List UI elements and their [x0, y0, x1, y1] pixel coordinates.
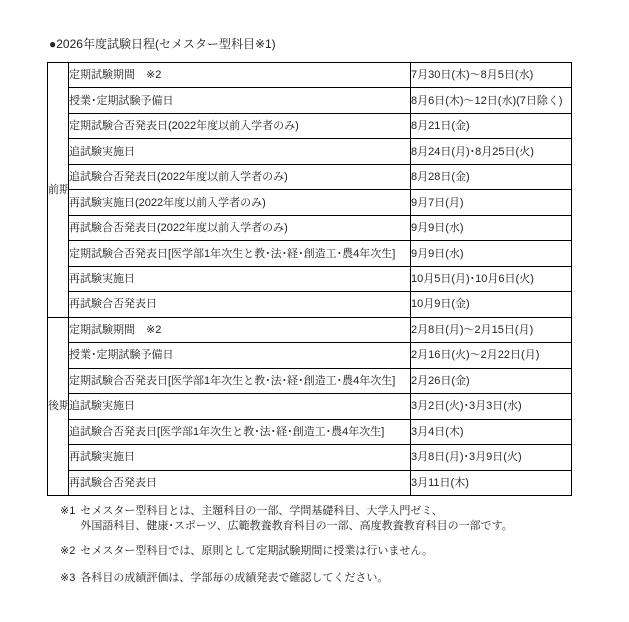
- schedule-date-cell: 9月9日(水): [411, 215, 572, 240]
- footnote-text: 各科目の成績評価は、学部毎の成績発表で確認してください。: [80, 571, 388, 586]
- schedule-item-cell: 追試験実施日: [69, 139, 411, 164]
- schedule-item-cell: 定期試験合否発表日(2022年度以前入学者のみ): [69, 113, 411, 138]
- table-row: 追試験実施日 8月24日(月)･8月25日(火): [48, 139, 572, 164]
- schedule-date-cell: 8月28日(金): [411, 164, 572, 189]
- table-row: 授業･定期試験予備日 8月6日(木)～12日(水)(7日除く): [48, 88, 572, 113]
- schedule-item-cell: 再試験実施日(2022年度以前入学者のみ): [69, 190, 411, 215]
- schedule-item-cell: 再試験合否発表日: [69, 292, 411, 317]
- schedule-item-cell: 再試験実施日: [69, 266, 411, 291]
- footnote-marker: ※1: [60, 504, 75, 534]
- table-row: 定期試験合否発表日[医学部1年次生と教･法･経･創造工･農4年次生] 9月9日(…: [48, 241, 572, 266]
- schedule-date-cell: 3月11日(木): [411, 470, 572, 495]
- document-page: ●2026年度試験日程(セメスター型科目※1) 前期 定期試験期間 ※2 7月3…: [0, 0, 629, 622]
- schedule-date-cell: 8月6日(木)～12日(水)(7日除く): [411, 88, 572, 113]
- schedule-date-cell: 7月30日(木)～8月5日(水): [411, 63, 572, 88]
- schedule-date-cell: 9月9日(水): [411, 241, 572, 266]
- table-row: 再試験実施日 3月8日(月)･3月9日(火): [48, 445, 572, 470]
- table-row: 再試験実施日(2022年度以前入学者のみ) 9月7日(月): [48, 190, 572, 215]
- table-row: 定期試験合否発表日[医学部1年次生と教･法･経･創造工･農4年次生] 2月26日…: [48, 368, 572, 393]
- schedule-item-cell: 再試験合否発表日: [69, 470, 411, 495]
- schedule-date-cell: 2月26日(金): [411, 368, 572, 393]
- schedule-item-cell: 定期試験期間 ※2: [69, 63, 411, 88]
- schedule-date-cell: 10月5日(月)･10月6日(火): [411, 266, 572, 291]
- table-row: 再試験合否発表日 3月11日(木): [48, 470, 572, 495]
- schedule-date-cell: 3月4日(木): [411, 419, 572, 444]
- schedule-item-cell: 再試験合否発表日(2022年度以前入学者のみ): [69, 215, 411, 240]
- table-row: 追試験実施日 3月2日(火)･3月3日(水): [48, 394, 572, 419]
- footnote-marker: ※3: [60, 571, 75, 586]
- table-row: 前期 定期試験期間 ※2 7月30日(木)～8月5日(水): [48, 63, 572, 88]
- table-row: 再試験実施日 10月5日(月)･10月6日(火): [48, 266, 572, 291]
- schedule-item-cell: 定期試験合否発表日[医学部1年次生と教･法･経･創造工･農4年次生]: [69, 368, 411, 393]
- footnote-2: ※2 セメスター型科目では、原則として定期試験期間に授業は行いません。: [60, 544, 433, 559]
- footnote-marker: ※2: [60, 544, 75, 559]
- table-row: 授業･定期試験予備日 2月16日(火)～2月22日(月): [48, 343, 572, 368]
- schedule-date-cell: 2月16日(火)～2月22日(月): [411, 343, 572, 368]
- footnote-3: ※3 各科目の成績評価は、学部毎の成績発表で確認してください。: [60, 571, 388, 586]
- schedule-item-cell: 追試験実施日: [69, 394, 411, 419]
- period-cell-second-term: 後期: [48, 317, 69, 495]
- schedule-date-cell: 8月24日(月)･8月25日(火): [411, 139, 572, 164]
- schedule-item-cell: 追試験合否発表日[医学部1年次生と教･法･経･創造工･農4年次生]: [69, 419, 411, 444]
- schedule-item-cell: 追試験合否発表日(2022年度以前入学者のみ): [69, 164, 411, 189]
- table-row: 追試験合否発表日[医学部1年次生と教･法･経･創造工･農4年次生] 3月4日(木…: [48, 419, 572, 444]
- schedule-date-cell: 10月9日(金): [411, 292, 572, 317]
- table-row: 再試験合否発表日(2022年度以前入学者のみ) 9月9日(水): [48, 215, 572, 240]
- schedule-item-cell: 定期試験合否発表日[医学部1年次生と教･法･経･創造工･農4年次生]: [69, 241, 411, 266]
- schedule-date-cell: 3月2日(火)･3月3日(水): [411, 394, 572, 419]
- footnote-text: セメスター型科目では、原則として定期試験期間に授業は行いません。: [80, 544, 433, 559]
- exam-schedule-table: 前期 定期試験期間 ※2 7月30日(木)～8月5日(水) 授業･定期試験予備日…: [47, 62, 572, 496]
- table-row: 再試験合否発表日 10月9日(金): [48, 292, 572, 317]
- schedule-item-cell: 再試験実施日: [69, 445, 411, 470]
- period-cell-first-term: 前期: [48, 63, 69, 318]
- schedule-date-cell: 2月8日(月)～2月15日(月): [411, 317, 572, 342]
- schedule-item-cell: 定期試験期間 ※2: [69, 317, 411, 342]
- schedule-item-cell: 授業･定期試験予備日: [69, 88, 411, 113]
- schedule-date-cell: 3月8日(月)･3月9日(火): [411, 445, 572, 470]
- table-row: 追試験合否発表日(2022年度以前入学者のみ) 8月28日(金): [48, 164, 572, 189]
- schedule-item-cell: 授業･定期試験予備日: [69, 343, 411, 368]
- footnote-1: ※1 セメスター型科目とは、主題科目の一部、学問基礎科目、大学入門ゼミ、 外国語…: [60, 504, 513, 534]
- table-row: 後期 定期試験期間 ※2 2月8日(月)～2月15日(月): [48, 317, 572, 342]
- page-title: ●2026年度試験日程(セメスター型科目※1): [49, 37, 276, 52]
- schedule-date-cell: 9月7日(月): [411, 190, 572, 215]
- footnote-text: セメスター型科目とは、主題科目の一部、学問基礎科目、大学入門ゼミ、 外国語科目、…: [80, 504, 512, 534]
- schedule-date-cell: 8月21日(金): [411, 113, 572, 138]
- table-row: 定期試験合否発表日(2022年度以前入学者のみ) 8月21日(金): [48, 113, 572, 138]
